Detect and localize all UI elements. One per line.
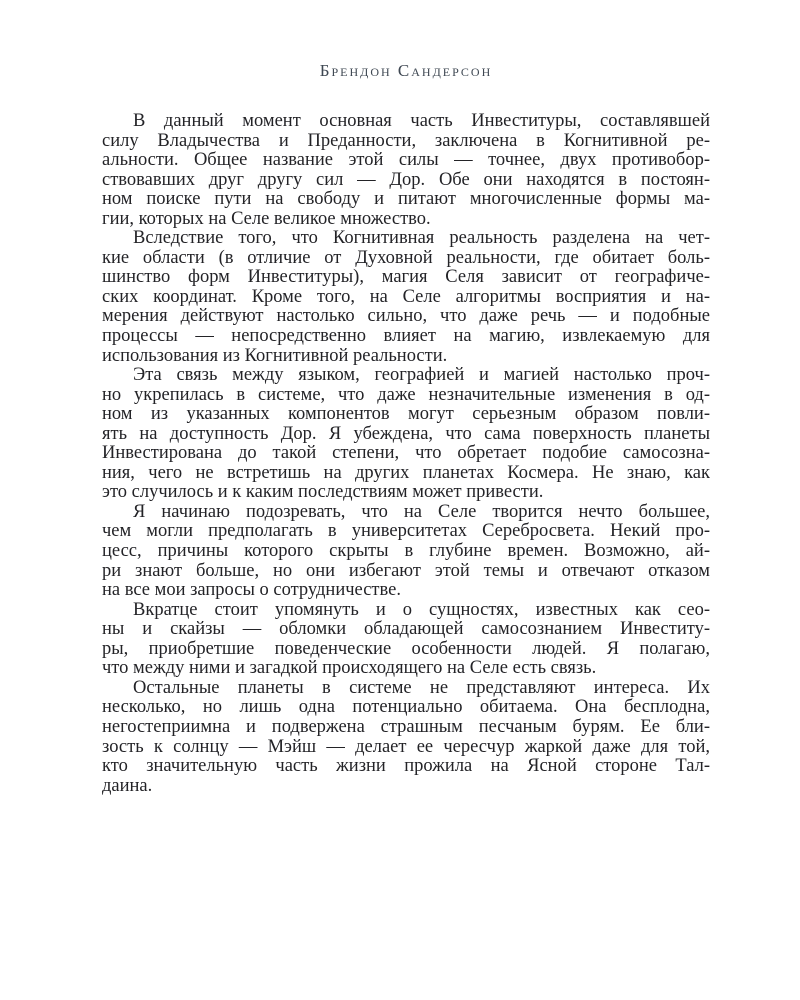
book-page: Брендон Сандерсон В данный момент основн… bbox=[0, 0, 800, 1000]
text-line: ном из указанных компонентов могут серье… bbox=[102, 405, 710, 425]
paragraph: Я начинаю подозревать, что на Селе твори… bbox=[102, 503, 710, 601]
text-line: цесс, причины которого скрыты в глубине … bbox=[102, 542, 710, 562]
paragraph: Вкратце стоит упомянуть и о сущностях, и… bbox=[102, 601, 710, 679]
paragraph: Остальные планеты в системе не представл… bbox=[102, 679, 710, 796]
text-line: Эта связь между языком, географией и маг… bbox=[102, 366, 710, 386]
text-line: ри знают больше, но они избегают этой те… bbox=[102, 562, 710, 582]
text-line: это случилось и к каким последствиям мож… bbox=[102, 483, 710, 503]
text-line: даина. bbox=[102, 777, 710, 797]
paragraph: В данный момент основная часть Инвеститу… bbox=[102, 112, 710, 229]
text-line: несколько, но лишь одна потенциально оби… bbox=[102, 698, 710, 718]
text-line: силу Владычества и Преданности, заключен… bbox=[102, 132, 710, 152]
text-line: ствовавших друг другу сил — Дор. Обе они… bbox=[102, 171, 710, 191]
text-line: Вследствие того, что Когнитивная реально… bbox=[102, 229, 710, 249]
text-line: использования из Когнитивной реальности. bbox=[102, 347, 710, 367]
text-line: гии, которых на Селе великое множество. bbox=[102, 210, 710, 230]
text-line: альности. Общее название этой силы — точ… bbox=[102, 151, 710, 171]
text-line: мерения действуют настолько сильно, что … bbox=[102, 307, 710, 327]
text-line: Остальные планеты в системе не представл… bbox=[102, 679, 710, 699]
text-line: но укрепилась в системе, что даже незнач… bbox=[102, 386, 710, 406]
text-line: на все мои запросы о сотрудничестве. bbox=[102, 581, 710, 601]
text-line: негостеприимна и подвержена страшным пес… bbox=[102, 718, 710, 738]
text-line: кто значительную часть жизни прожила на … bbox=[102, 757, 710, 777]
author-header: Брендон Сандерсон bbox=[102, 61, 710, 81]
text-line: Я начинаю подозревать, что на Селе твори… bbox=[102, 503, 710, 523]
text-line: чем могли предполагать в университетах С… bbox=[102, 522, 710, 542]
text-line: зость к солнцу — Мэйш — делает ее чересч… bbox=[102, 738, 710, 758]
text-line: шинство форм Инвеституры), магия Селя за… bbox=[102, 268, 710, 288]
text-line: ских координат. Кроме того, на Селе алго… bbox=[102, 288, 710, 308]
text-line: процессы — непосредственно влияет на маг… bbox=[102, 327, 710, 347]
text-line: ния, чего не встретишь на других планета… bbox=[102, 464, 710, 484]
text-line: что между ними и загадкой происходящего … bbox=[102, 659, 710, 679]
text-line: ры, приобретшие поведенческие особенност… bbox=[102, 640, 710, 660]
text-line: ять на доступность Дор. Я убеждена, что … bbox=[102, 425, 710, 445]
text-line: ны и скайзы — обломки обладающей самосоз… bbox=[102, 620, 710, 640]
text-line: кие области (в отличие от Духовной реаль… bbox=[102, 249, 710, 269]
paragraph: Вследствие того, что Когнитивная реально… bbox=[102, 229, 710, 366]
text-block: В данный момент основная часть Инвеститу… bbox=[102, 112, 710, 796]
text-line: Вкратце стоит упомянуть и о сущностях, и… bbox=[102, 601, 710, 621]
text-line: ном поиске пути на свободу и питают мног… bbox=[102, 190, 710, 210]
paragraph: Эта связь между языком, географией и маг… bbox=[102, 366, 710, 503]
text-line: В данный момент основная часть Инвеститу… bbox=[102, 112, 710, 132]
text-line: Инвестирована до такой степени, что обре… bbox=[102, 444, 710, 464]
